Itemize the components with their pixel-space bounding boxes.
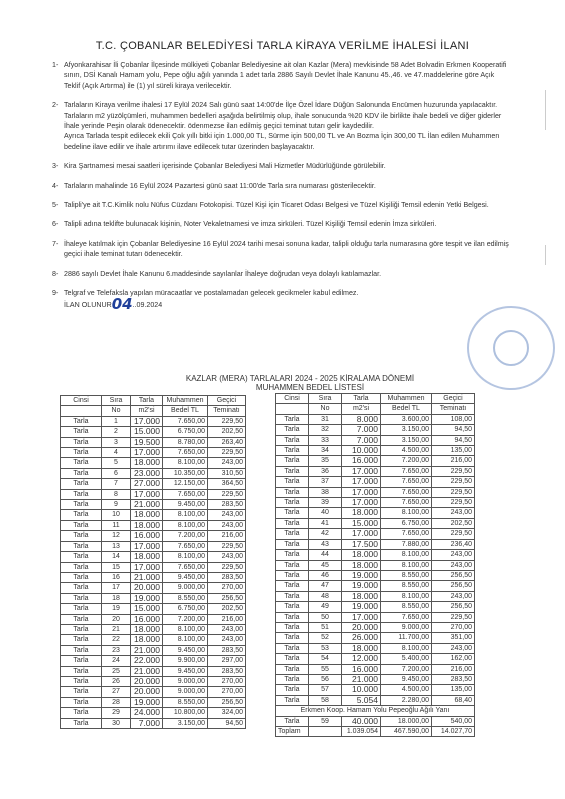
table-cell: 22.000 (131, 656, 163, 666)
table-cell: 18.000 (131, 520, 163, 530)
table-cell: 52 (309, 633, 342, 643)
table-cell: 22 (102, 635, 131, 645)
table-row: Tarla318.0003.600,00108,00 (276, 414, 475, 424)
table-cell: 256,50 (208, 593, 246, 603)
table-cell: 24.000 (131, 708, 163, 718)
table-cell: 7.650,00 (381, 498, 432, 508)
table-cell: 19 (102, 604, 131, 614)
table-cell: 7.650,00 (163, 416, 208, 426)
table-cell: 8.550,00 (381, 570, 432, 580)
table-row: Tarla4919.0008.550,00256,50 (276, 602, 475, 612)
table-cell: 17 (102, 583, 131, 593)
table-cell: 2 (102, 427, 131, 437)
table-cell: 14 (102, 552, 131, 562)
table-row: Tarla817.0007.650,00229,50 (61, 489, 246, 499)
table-cell: 36 (309, 466, 342, 476)
table-cell: 8.100,00 (381, 643, 432, 653)
table-cell: 310,50 (208, 468, 246, 478)
table-cell: 9.900,00 (163, 656, 208, 666)
table-cell: Tarla (276, 581, 309, 591)
table-cell: Tarla (61, 666, 102, 676)
section-label: Erkmen Koop. Hamam Yolu Pepeoğlu Ağılı Y… (276, 706, 475, 716)
table-cell: 58 (309, 695, 342, 705)
table-cell: 23 (102, 645, 131, 655)
table-cell: 4.500,00 (381, 446, 432, 456)
table-row: Tarla921.0009.450,00283,50 (61, 500, 246, 510)
table-cell: Tarla (276, 674, 309, 684)
table-cell: 35 (309, 456, 342, 466)
table-cell: Cinsi (276, 394, 309, 404)
table-cell: 216,00 (208, 531, 246, 541)
table-cell: 243,00 (432, 560, 475, 570)
table-cell: 57 (309, 685, 342, 695)
item-number: 7- (52, 239, 64, 260)
item-text: Afyonkarahisar İli Çobanlar İlçesinde mü… (64, 60, 512, 91)
table-cell: 229,50 (432, 498, 475, 508)
table-cell: Tarla (276, 622, 309, 632)
table-row: Tarla3717.0007.650,00229,50 (276, 477, 475, 487)
table-row: Tarla2924.00010.800,00324,00 (61, 708, 246, 718)
table-cell: 18.000 (342, 550, 381, 560)
table-cell: 7.650,00 (381, 612, 432, 622)
table-row: Tarla337.0003.150,0094,50 (276, 435, 475, 445)
item-text: 2886 sayılı Devlet İhale Kanunu 6.maddes… (64, 269, 512, 279)
table-cell: 270,00 (208, 687, 246, 697)
table-cell: 7.650,00 (163, 541, 208, 551)
table-row: Tarla585.0542.280,0068,40 (276, 695, 475, 705)
table-cell: 263,40 (208, 437, 246, 447)
table-cell: 40.000 (342, 716, 381, 726)
table-cell: 19.500 (131, 437, 163, 447)
table-cell: 3.150,00 (163, 718, 208, 728)
table-cell: 21.000 (131, 666, 163, 676)
table-cell: 26 (102, 676, 131, 686)
table-cell: 23.000 (131, 468, 163, 478)
table-row: Tarla2720.0009.000,00270,00 (61, 687, 246, 697)
table-row: Tarla5412.0005.400,00162,00 (276, 654, 475, 664)
table-cell: 15.000 (342, 518, 381, 528)
table-cell: Tarla (61, 572, 102, 582)
table-cell: 270,00 (208, 676, 246, 686)
scan-edge-mark (545, 90, 546, 130)
table-cell: 19.000 (342, 602, 381, 612)
table-header-row: CinsiSıraTarlaMuhammenGeçici (61, 396, 246, 406)
table-cell: 20.000 (131, 676, 163, 686)
table-cell: Tarla (276, 446, 309, 456)
table-cell: 94,50 (432, 435, 475, 445)
table-cell: Tarla (276, 695, 309, 705)
table-row: Tarla5621.0009.450,00283,50 (276, 674, 475, 684)
table-cell: Tarla (276, 591, 309, 601)
table-cell: 1.039.054 (342, 727, 381, 737)
table-cell: Tarla (276, 518, 309, 528)
table-cell: 19.000 (342, 581, 381, 591)
table-cell: 94,50 (432, 425, 475, 435)
table-cell: 18.000 (131, 510, 163, 520)
table-cell: 17.000 (131, 562, 163, 572)
table-cell: Sıra (309, 394, 342, 404)
table-cell: 19.000 (131, 593, 163, 603)
table-row: Tarla4018.0008.100,00243,00 (276, 508, 475, 518)
table-cell: 243,00 (208, 635, 246, 645)
table-cell: 256,50 (432, 602, 475, 612)
table-cell: 4 (102, 448, 131, 458)
table-cell: Teminatı (208, 406, 246, 416)
table-cell: 39 (309, 498, 342, 508)
table-cell: 8.100,00 (381, 591, 432, 601)
announcement-item: 2-Tarlaların Kiraya verilme ihalesi 17 E… (52, 100, 512, 152)
table-cell: 283,50 (208, 645, 246, 655)
table-title-line2: MUHAMMEN BEDEL LİSTESİ (150, 383, 450, 392)
table-row: Tarla518.0008.100,00243,00 (61, 458, 246, 468)
table-cell: 59 (309, 716, 342, 726)
table-cell: 40 (309, 508, 342, 518)
table-row: Tarla4518.0008.100,00243,00 (276, 560, 475, 570)
table-cell: Sıra (102, 396, 131, 406)
table-cell: 7.200,00 (381, 456, 432, 466)
table-cell: Tarla (61, 458, 102, 468)
table-row: Tarla3410.0004.500,00135,00 (276, 446, 475, 456)
table-cell: Tarla (276, 529, 309, 539)
table-cell: 7.000 (342, 425, 381, 435)
table-cell: 8.000 (342, 414, 381, 424)
table-cell: 20.000 (131, 583, 163, 593)
table-cell: 9.450,00 (163, 500, 208, 510)
table-cell: Cinsi (61, 396, 102, 406)
table-cell: 7.650,00 (163, 562, 208, 572)
table-cell: 108,00 (432, 414, 475, 424)
announcement-item: 8-2886 sayılı Devlet İhale Kanunu 6.madd… (52, 269, 512, 279)
table-cell: 243,00 (208, 552, 246, 562)
table-row: Tarla5120.0009.000,00270,00 (276, 622, 475, 632)
table-row: Tarla3617.0007.650,00229,50 (276, 466, 475, 476)
table-row: Tarla2819.0008.550,00256,50 (61, 697, 246, 707)
table-cell: Tarla (276, 414, 309, 424)
table-cell: 18.000 (131, 458, 163, 468)
table-cell: 24 (102, 656, 131, 666)
table-cell: 9.450,00 (163, 572, 208, 582)
announcement-items: 1-Afyonkarahisar İli Çobanlar İlçesinde … (52, 60, 512, 310)
table-cell: 10 (102, 510, 131, 520)
announcement-item: 5-Talipli'ye ait T.C.Kimlik nolu Nüfus C… (52, 200, 512, 210)
table-cell: Tarla (276, 570, 309, 580)
table-cell: 41 (309, 518, 342, 528)
table-cell: 229,50 (208, 562, 246, 572)
table-cell: 8.100,00 (163, 510, 208, 520)
table-cell: 18.000 (131, 635, 163, 645)
table-cell: Tarla (276, 654, 309, 664)
table-cell: Bedel TL (163, 406, 208, 416)
table-cell: 7.650,00 (163, 489, 208, 499)
table-cell: 17.000 (342, 498, 381, 508)
table-header-row: Nom2'siBedel TLTeminatı (61, 406, 246, 416)
table-cell: Tarla (276, 664, 309, 674)
table-cell: 236,40 (432, 539, 475, 549)
table-cell: 18.000 (131, 552, 163, 562)
table-cell: 7.200,00 (163, 531, 208, 541)
table-cell: 7.000 (131, 718, 163, 728)
total-row: Toplam1.039.054467.590,0014.027,70 (276, 727, 475, 737)
table-cell: 7.000 (342, 435, 381, 445)
item-number: 9- (52, 288, 64, 298)
table-cell: Toplam (276, 727, 309, 737)
table-cell: 17.000 (131, 416, 163, 426)
table-cell: 7.650,00 (381, 477, 432, 487)
table-cell: Tarla (61, 614, 102, 624)
table-cell: 202,50 (208, 427, 246, 437)
table-cell: 16.000 (342, 456, 381, 466)
table-row: Tarla5318.0008.100,00243,00 (276, 643, 475, 653)
handwritten-day: 04 (112, 295, 133, 313)
table-row: Tarla4818.0008.100,00243,00 (276, 591, 475, 601)
table-cell: 29 (102, 708, 131, 718)
ilan-olunur-date: İLAN OLUNUR04..09.2024 (64, 299, 512, 310)
table-cell: 18.000 (342, 643, 381, 653)
table-cell: Bedel TL (381, 404, 432, 414)
table-cell: 162,00 (432, 654, 475, 664)
table-row: Tarla5710.0004.500,00135,00 (276, 685, 475, 695)
table-cell: 270,00 (432, 622, 475, 632)
table-cell: 7.200,00 (163, 614, 208, 624)
table-cell: 229,50 (432, 612, 475, 622)
table-cell: 3.150,00 (381, 435, 432, 445)
table-row: Tarla1720.0009.000,00270,00 (61, 583, 246, 593)
table-row: Tarla623.00010.350,00310,50 (61, 468, 246, 478)
table-cell: 31 (309, 414, 342, 424)
table-cell: 8.100,00 (163, 635, 208, 645)
table-row: Tarla3817.0007.650,00229,50 (276, 487, 475, 497)
table-cell: Tarla (276, 643, 309, 653)
table-cell: 256,50 (432, 570, 475, 580)
announcement-item: 3-Kira Şartnamesi mesai saatleri içerisi… (52, 161, 512, 171)
table-cell: 8.100,00 (381, 550, 432, 560)
table-cell: 8.100,00 (163, 458, 208, 468)
table-cell: 12.000 (342, 654, 381, 664)
official-stamp (467, 306, 555, 390)
table-cell: 9.000,00 (381, 622, 432, 632)
item-text: Talipli adına teklifte bulunacak kişinin… (64, 219, 512, 229)
table-cell: 18 (102, 593, 131, 603)
table-cell: Tarla (61, 645, 102, 655)
table-cell: 17.500 (342, 539, 381, 549)
table-cell: 27 (102, 687, 131, 697)
announcement-item: 7-İhaleye katılmak için Çobanlar Belediy… (52, 239, 512, 260)
table-cell: 11 (102, 520, 131, 530)
table-cell: 5.400,00 (381, 654, 432, 664)
table-cell: 17.000 (342, 487, 381, 497)
table-cell: 10.800,00 (163, 708, 208, 718)
table-row: Tarla5516.0007.200,00216,00 (276, 664, 475, 674)
table-cell: 50 (309, 612, 342, 622)
table-row: Tarla319.5008.780,00263,40 (61, 437, 246, 447)
table-row: Tarla215.0006.750,00202,50 (61, 427, 246, 437)
table-cell: Tarla (276, 685, 309, 695)
table-cell: Tarla (276, 477, 309, 487)
table-row: Tarla1216.0007.200,00216,00 (61, 531, 246, 541)
table-cell: 5.054 (342, 695, 381, 705)
table-cell: 202,50 (208, 604, 246, 614)
table-cell: Tarla (61, 520, 102, 530)
table-cell: Geçici (208, 396, 246, 406)
table-cell: Tarla (61, 427, 102, 437)
table-header-row: CinsiSıraTarlaMuhammenGeçici (276, 394, 475, 404)
table-cell (309, 727, 342, 737)
table-cell: 56 (309, 674, 342, 684)
table-row: Tarla4115.0006.750,00202,50 (276, 518, 475, 528)
table-cell: 216,00 (432, 456, 475, 466)
table-cell: 18.000,00 (381, 716, 432, 726)
table-cell: 229,50 (432, 466, 475, 476)
table-cell: 229,50 (432, 529, 475, 539)
table-cell: 18.000 (342, 591, 381, 601)
table-cell: Tarla (276, 498, 309, 508)
table-cell: Tarla (61, 541, 102, 551)
table-cell: 27.000 (131, 479, 163, 489)
table-cell: 1 (102, 416, 131, 426)
table-cell: 18.000 (131, 624, 163, 634)
table-cell: 540,00 (432, 716, 475, 726)
table-row: Tarla1018.0008.100,00243,00 (61, 510, 246, 520)
table-cell: 18.000 (342, 508, 381, 518)
table-cell: 9.450,00 (163, 645, 208, 655)
table-cell (276, 404, 309, 414)
table-row: Tarla1418.0008.100,00243,00 (61, 552, 246, 562)
table-cell: 216,00 (208, 614, 246, 624)
table-cell: 364,50 (208, 479, 246, 489)
table-cell: Tarla (61, 687, 102, 697)
table-cell: 42 (309, 529, 342, 539)
table-cell: 8.100,00 (381, 508, 432, 518)
table-row: Tarla727.00012.150,00364,50 (61, 479, 246, 489)
table-cell: 68,40 (432, 695, 475, 705)
item-number: 5- (52, 200, 64, 210)
table-row: Tarla417.0007.650,00229,50 (61, 448, 246, 458)
table-cell: 8.780,00 (163, 437, 208, 447)
table-row: Tarla307.0003.150,0094,50 (61, 718, 246, 728)
table-cell: Tarla (276, 602, 309, 612)
table-cell: 9 (102, 500, 131, 510)
table-cell: Tarla (61, 448, 102, 458)
table-row: Tarla2321.0009.450,00283,50 (61, 645, 246, 655)
table-cell: No (102, 406, 131, 416)
table-cell: Tarla (61, 676, 102, 686)
table-cell: 229,50 (208, 541, 246, 551)
table-cell: 94,50 (208, 718, 246, 728)
table-cell: 19.000 (131, 697, 163, 707)
table-cell: 30 (102, 718, 131, 728)
table-cell: 15.000 (131, 427, 163, 437)
table-row: Tarla4317.5007.880,00236,40 (276, 539, 475, 549)
table-cell: 7 (102, 479, 131, 489)
table-row: Tarla4619.0008.550,00256,50 (276, 570, 475, 580)
table-cell: 16.000 (342, 664, 381, 674)
table-cell: 32 (309, 425, 342, 435)
table-cell (61, 406, 102, 416)
table-cell: 45 (309, 560, 342, 570)
table-cell: Tarla (131, 396, 163, 406)
table-cell: 17.000 (131, 541, 163, 551)
table-cell: 256,50 (432, 581, 475, 591)
table-cell: Tarla (61, 718, 102, 728)
table-cell: Tarla (61, 500, 102, 510)
table-cell: 135,00 (432, 685, 475, 695)
table-cell: 8.100,00 (163, 552, 208, 562)
table-cell: 9.000,00 (163, 676, 208, 686)
table-cell: Tarla (61, 656, 102, 666)
table-cell: 37 (309, 477, 342, 487)
table-cell: 17.000 (131, 448, 163, 458)
table-cell: Tarla (61, 593, 102, 603)
table-cell: 135,00 (432, 446, 475, 456)
document-title: T.C. ÇOBANLAR BELEDİYESİ TARLA KİRAYA VE… (0, 40, 565, 52)
table-cell: 55 (309, 664, 342, 674)
table-row: Tarla3917.0007.650,00229,50 (276, 498, 475, 508)
table-cell: Tarla (276, 716, 309, 726)
table-cell: Tarla (61, 416, 102, 426)
table-cell: 243,00 (432, 591, 475, 601)
table-cell: 7.650,00 (381, 529, 432, 539)
table-cell: 47 (309, 581, 342, 591)
table-cell: 243,00 (432, 508, 475, 518)
table-row: Tarla2218.0008.100,00243,00 (61, 635, 246, 645)
table-cell: 11.700,00 (381, 633, 432, 643)
item-text: Tarlaların Kiraya verilme ihalesi 17 Eyl… (64, 100, 512, 131)
table-cell: 10.350,00 (163, 468, 208, 478)
table-cell: 243,00 (208, 510, 246, 520)
table-cell: 9.450,00 (381, 674, 432, 684)
table-cell: 7.200,00 (381, 664, 432, 674)
item-text: Kira Şartnamesi mesai saatleri içerisind… (64, 161, 512, 171)
table-cell: Tarla (276, 612, 309, 622)
table-cell: 4.500,00 (381, 685, 432, 695)
table-row: Tarla5940.00018.000,00540,00 (276, 716, 475, 726)
table-row: Tarla1621.0009.450,00283,50 (61, 572, 246, 582)
table-cell: 229,50 (432, 487, 475, 497)
table-cell: Tarla (276, 487, 309, 497)
table-cell: 2.280,00 (381, 695, 432, 705)
table-cell: 21.000 (131, 645, 163, 655)
table-cell: 51 (309, 622, 342, 632)
table-cell: 10.000 (342, 685, 381, 695)
table-cell: 216,00 (432, 664, 475, 674)
table-cell: 54 (309, 654, 342, 664)
table-title-line1: KAZLAR (MERA) TARLALARI 2024 - 2025 KİRA… (150, 374, 450, 383)
table-cell: 7.650,00 (381, 466, 432, 476)
table-cell: Tarla (61, 604, 102, 614)
table-cell: 8.550,00 (163, 697, 208, 707)
table-cell: Muhammen (163, 396, 208, 406)
table-cell: Tarla (61, 635, 102, 645)
table-cell: Tarla (276, 466, 309, 476)
item-number: 2- (52, 100, 64, 152)
table-cell: 229,50 (208, 448, 246, 458)
table-cell: Tarla (61, 697, 102, 707)
table-row: Tarla4719.0008.550,00256,50 (276, 581, 475, 591)
table-cell: 17.000 (342, 477, 381, 487)
table-cell: 21 (102, 624, 131, 634)
item-number: 3- (52, 161, 64, 171)
table-cell: 8.100,00 (163, 520, 208, 530)
table-cell: 3 (102, 437, 131, 447)
table-cell: 17.000 (342, 529, 381, 539)
table-cell: 6 (102, 468, 131, 478)
table-header-row: Nom2'siBedel TLTeminatı (276, 404, 475, 414)
table-row: Tarla4418.0008.100,00243,00 (276, 550, 475, 560)
table-title: KAZLAR (MERA) TARLALARI 2024 - 2025 KİRA… (150, 374, 450, 392)
item-number: 4- (52, 181, 64, 191)
table-cell: Tarla (61, 562, 102, 572)
table-cell: Tarla (61, 583, 102, 593)
